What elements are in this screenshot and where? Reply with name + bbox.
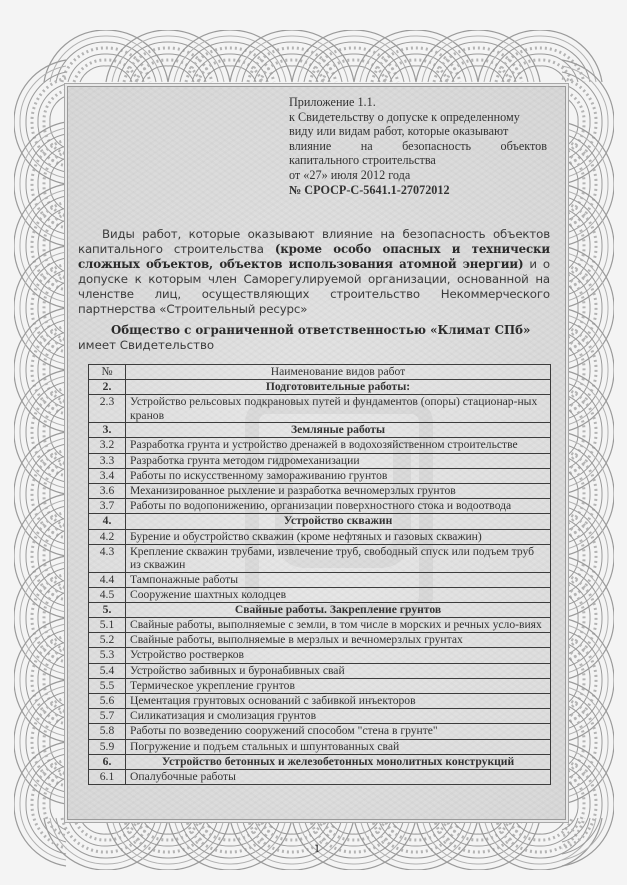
- work-name: Бурение и обустройство скважин (кроме не…: [126, 529, 551, 544]
- header-name: Наименование видов работ: [126, 365, 551, 380]
- table-section-row: 4.Устройство скважин: [89, 514, 551, 529]
- table-section-row: 2.Подготовительные работы:: [89, 380, 551, 395]
- work-name: Цементация грунтовых оснований с забивко…: [126, 694, 551, 709]
- section-title: Земляные работы: [126, 423, 551, 438]
- work-name: Работы по возведению сооружений способом…: [126, 724, 551, 739]
- work-name: Свайные работы, выполняемые с земли, в т…: [126, 618, 551, 633]
- section-title: Свайные работы. Закрепление грунтов: [126, 602, 551, 617]
- works-table-body: 2.Подготовительные работы:2.3Устройство …: [89, 380, 551, 785]
- company-suffix: имеет Свидетельство: [78, 338, 214, 352]
- row-number: 5.4: [89, 663, 126, 678]
- table-row: 5.5Термическое укрепление грунтов: [89, 678, 551, 693]
- row-number: 6.1: [89, 769, 126, 784]
- appendix-line-2: виду или видам работ, которые оказывают: [289, 124, 547, 139]
- row-number: 3.7: [89, 499, 126, 514]
- table-row: 4.3Крепление скважин трубами, извлечение…: [89, 544, 551, 572]
- row-number: 5.3: [89, 648, 126, 663]
- row-number: 5.1: [89, 618, 126, 633]
- appendix-line-3: влияние на безопасность объектов: [289, 139, 547, 154]
- table-row: 4.2Бурение и обустройство скважин (кроме…: [89, 529, 551, 544]
- section-title: Устройство бетонных и железобетонных мон…: [126, 754, 551, 769]
- appendix-header: Приложение 1.1. к Свидетельству о допуск…: [289, 95, 547, 197]
- work-name: Механизированное рыхление и разработка в…: [126, 483, 551, 498]
- table-row: 3.7Работы по водопонижению, организации …: [89, 499, 551, 514]
- row-number: 5.: [89, 602, 126, 617]
- table-row: 2.3Устройство рельсовых подкрановых путе…: [89, 395, 551, 423]
- work-name: Работы по искусственному замораживанию г…: [126, 468, 551, 483]
- work-name: Устройство забивных и буронабивных свай: [126, 663, 551, 678]
- work-name: Силикатизация и смолизация грунтов: [126, 709, 551, 724]
- table-section-row: 5.Свайные работы. Закрепление грунтов: [89, 602, 551, 617]
- row-number: 3.6: [89, 483, 126, 498]
- table-row: 4.4Тампонажные работы: [89, 572, 551, 587]
- table-row: 5.9Погружение и подъем стальных и шпунто…: [89, 739, 551, 754]
- row-number: 5.8: [89, 724, 126, 739]
- work-name: Свайные работы, выполняемые в мерзлых и …: [126, 633, 551, 648]
- appendix-line-1: к Свидетельству о допуске к определенном…: [289, 110, 547, 125]
- table-header-row: № Наименование видов работ: [89, 365, 551, 380]
- table-row: 3.6Механизированное рыхление и разработк…: [89, 483, 551, 498]
- row-number: 5.9: [89, 739, 126, 754]
- page-number: 1: [314, 841, 320, 856]
- row-number: 4.5: [89, 587, 126, 602]
- row-number: 5.6: [89, 694, 126, 709]
- company-name: Общество с ограниченной ответственностью…: [78, 323, 550, 338]
- table-row: 3.3Разработка грунта методом гидромехани…: [89, 453, 551, 468]
- table-row: 5.6Цементация грунтовых оснований с заби…: [89, 694, 551, 709]
- row-number: 2.: [89, 380, 126, 395]
- table-row: 4.5Сооружение шахтных колодцев: [89, 587, 551, 602]
- row-number: 3.3: [89, 453, 126, 468]
- row-number: 4.3: [89, 544, 126, 572]
- table-section-row: 6.Устройство бетонных и железобетонных м…: [89, 754, 551, 769]
- table-row: 5.8Работы по возведению сооружений спосо…: [89, 724, 551, 739]
- appendix-date: от «27» июля 2012 года: [289, 168, 547, 183]
- table-row: 3.2Разработка грунта и устройство дренаж…: [89, 438, 551, 453]
- header-num: №: [89, 365, 126, 380]
- row-number: 3.: [89, 423, 126, 438]
- table-row: 5.2Свайные работы, выполняемые в мерзлых…: [89, 633, 551, 648]
- table-row: 5.1Свайные работы, выполняемые с земли, …: [89, 618, 551, 633]
- row-number: 4.4: [89, 572, 126, 587]
- row-number: 3.4: [89, 468, 126, 483]
- row-number: 4.2: [89, 529, 126, 544]
- work-name: Тампонажные работы: [126, 572, 551, 587]
- table-row: 5.3Устройство ростверков: [89, 648, 551, 663]
- row-number: 2.3: [89, 395, 126, 423]
- table-row: 5.7Силикатизация и смолизация грунтов: [89, 709, 551, 724]
- row-number: 5.5: [89, 678, 126, 693]
- row-number: 6.: [89, 754, 126, 769]
- row-number: 5.2: [89, 633, 126, 648]
- work-name: Сооружение шахтных колодцев: [126, 587, 551, 602]
- table-row: 3.4Работы по искусственному замораживани…: [89, 468, 551, 483]
- row-number: 5.7: [89, 709, 126, 724]
- work-name: Погружение и подъем стальных и шпунтован…: [126, 739, 551, 754]
- section-title: Подготовительные работы:: [126, 380, 551, 395]
- table-row: 5.4Устройство забивных и буронабивных св…: [89, 663, 551, 678]
- works-table: № Наименование видов работ 2.Подготовите…: [88, 364, 551, 785]
- work-name: Устройство ростверков: [126, 648, 551, 663]
- company-block: Общество с ограниченной ответственностью…: [78, 323, 550, 353]
- section-title: Устройство скважин: [126, 514, 551, 529]
- certificate-number: № СРОСР-С-5641.1-27072012: [289, 183, 547, 198]
- table-row: 6.1Опалубочные работы: [89, 769, 551, 784]
- work-name: Работы по водопонижению, организации пов…: [126, 499, 551, 514]
- appendix-line-4: капитального строительства: [289, 153, 547, 168]
- appendix-title: Приложение 1.1.: [289, 95, 547, 110]
- row-number: 4.: [89, 514, 126, 529]
- work-name: Разработка грунта методом гидромеханизац…: [126, 453, 551, 468]
- table-section-row: 3.Земляные работы: [89, 423, 551, 438]
- work-name: Термическое укрепление грунтов: [126, 678, 551, 693]
- work-name: Крепление скважин трубами, извлечение тр…: [126, 544, 551, 572]
- intro-paragraph: Виды работ, которые оказывают влияние на…: [78, 227, 550, 317]
- work-name: Опалубочные работы: [126, 769, 551, 784]
- row-number: 3.2: [89, 438, 126, 453]
- work-name: Устройство рельсовых подкрановых путей и…: [126, 395, 551, 423]
- work-name: Разработка грунта и устройство дренажей …: [126, 438, 551, 453]
